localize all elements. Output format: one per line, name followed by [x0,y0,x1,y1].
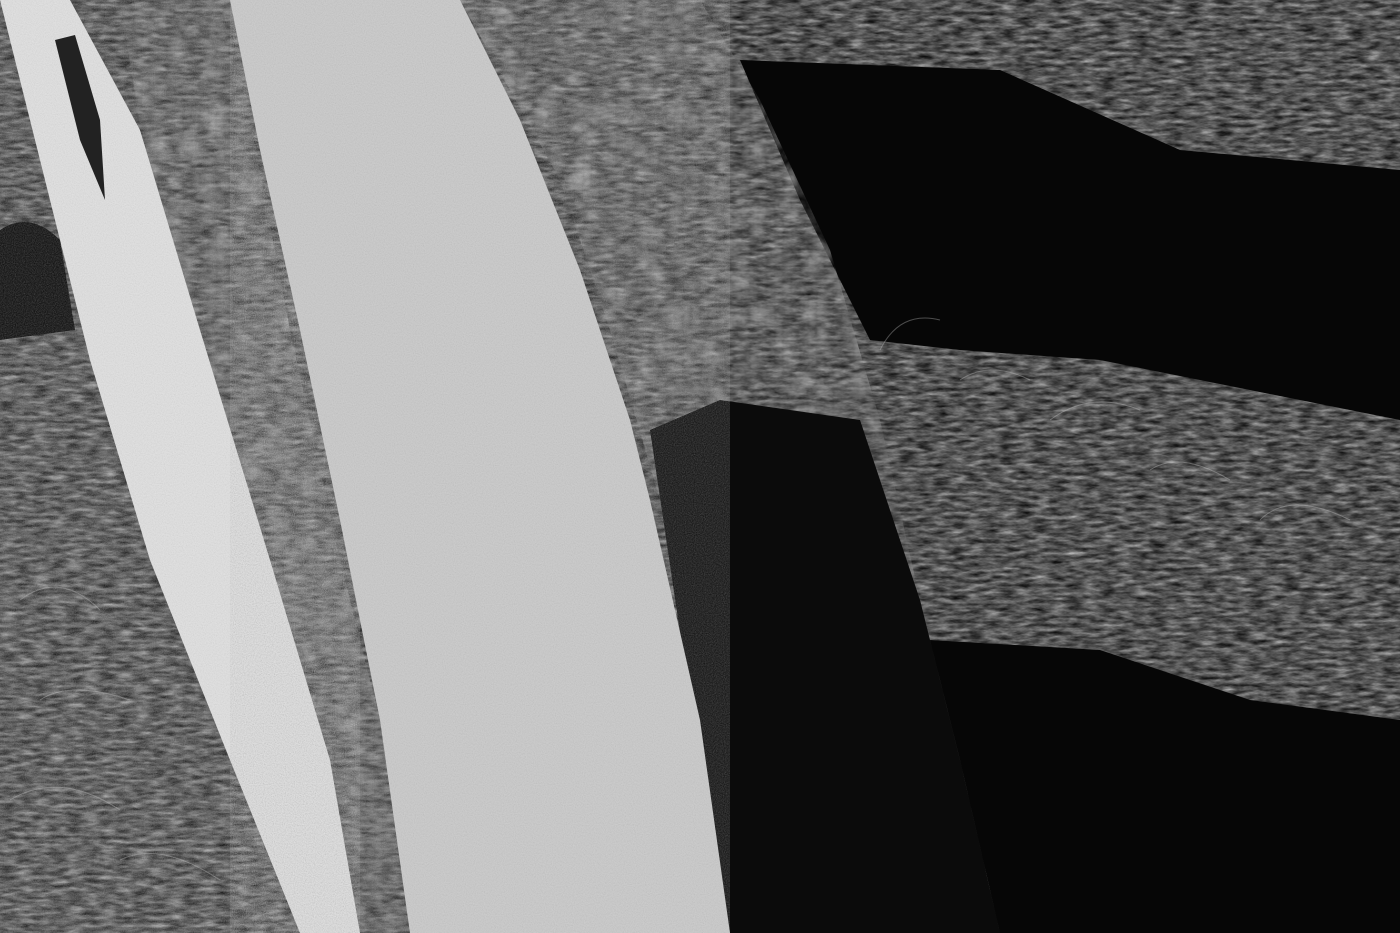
photo-canvas [0,0,1400,933]
photo-scene [0,0,1400,933]
